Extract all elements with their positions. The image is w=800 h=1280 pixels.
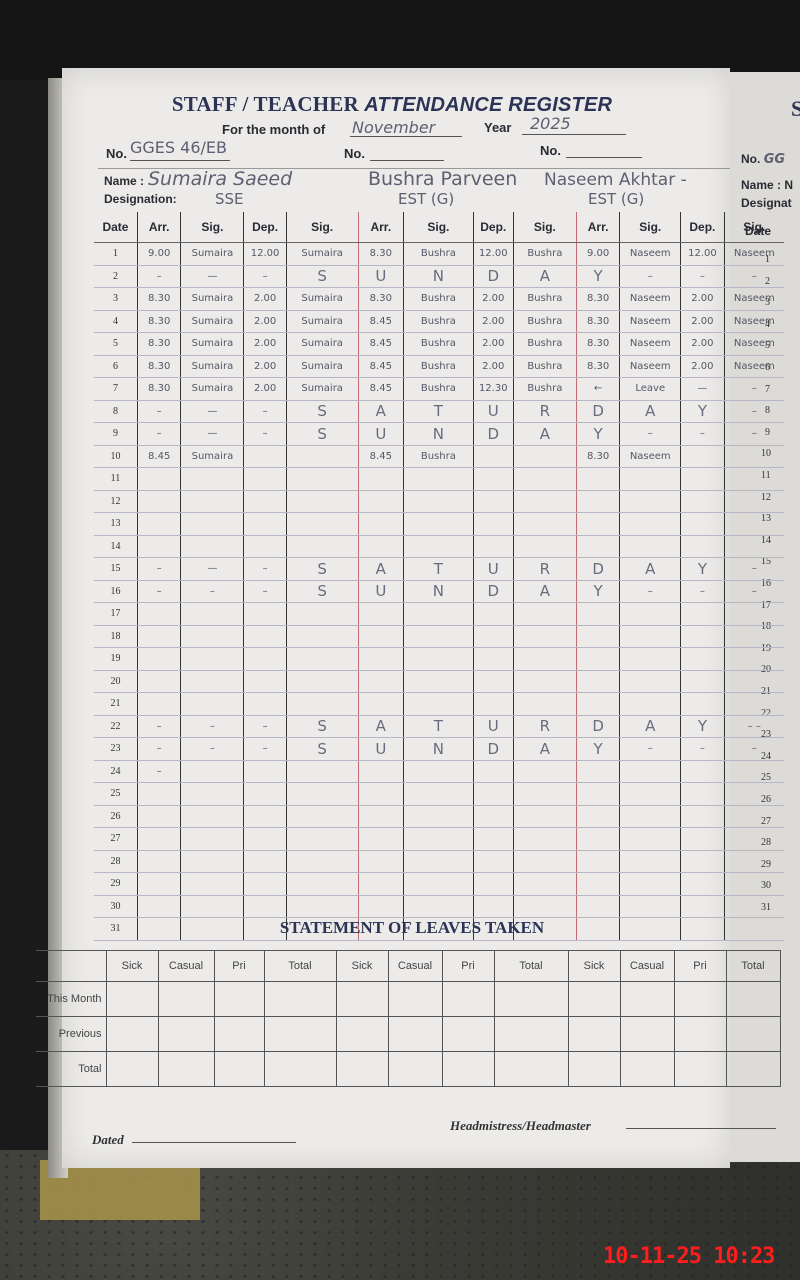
attendance-cell[interactable]: T: [404, 558, 474, 581]
attendance-cell[interactable]: [513, 693, 576, 716]
attendance-cell[interactable]: 8.30: [576, 355, 619, 378]
attendance-cell[interactable]: [358, 873, 404, 896]
attendance-cell[interactable]: 2.00: [681, 288, 724, 311]
attendance-cell[interactable]: [473, 625, 513, 648]
attendance-cell[interactable]: Sumaira: [286, 378, 358, 401]
attendance-cell[interactable]: [286, 670, 358, 693]
attendance-cell[interactable]: [286, 805, 358, 828]
attendance-cell[interactable]: Naseem: [724, 243, 784, 266]
attendance-cell[interactable]: [576, 828, 619, 851]
attendance-cell[interactable]: Naseem: [620, 310, 681, 333]
attendance-cell[interactable]: 8.30: [576, 310, 619, 333]
leaves-cell[interactable]: [214, 982, 264, 1017]
attendance-cell[interactable]: [724, 850, 784, 873]
attendance-cell[interactable]: [473, 535, 513, 558]
attendance-cell[interactable]: [244, 513, 286, 536]
attendance-cell[interactable]: [244, 895, 286, 918]
year-value[interactable]: 2025: [530, 114, 571, 133]
attendance-cell[interactable]: [513, 535, 576, 558]
attendance-cell[interactable]: 2.00: [473, 355, 513, 378]
attendance-cell[interactable]: [286, 603, 358, 626]
attendance-cell[interactable]: [473, 850, 513, 873]
attendance-cell[interactable]: [181, 535, 244, 558]
attendance-cell[interactable]: [576, 693, 619, 716]
attendance-cell[interactable]: T: [404, 715, 474, 738]
attendance-cell[interactable]: Bushra: [404, 333, 474, 356]
attendance-cell[interactable]: [404, 760, 474, 783]
attendance-cell[interactable]: [620, 490, 681, 513]
attendance-cell[interactable]: [244, 760, 286, 783]
attendance-cell[interactable]: 8.45: [358, 333, 404, 356]
attendance-cell[interactable]: [244, 490, 286, 513]
attendance-cell[interactable]: Bushra: [404, 310, 474, 333]
attendance-cell[interactable]: [244, 625, 286, 648]
leaves-cell[interactable]: [442, 1052, 494, 1087]
attendance-cell[interactable]: [620, 603, 681, 626]
attendance-cell[interactable]: [286, 468, 358, 491]
attendance-cell[interactable]: 12.00: [473, 243, 513, 266]
attendance-cell[interactable]: [473, 783, 513, 806]
attendance-cell[interactable]: D: [473, 580, 513, 603]
attendance-cell[interactable]: [681, 783, 724, 806]
attendance-cell[interactable]: [404, 805, 474, 828]
attendance-cell[interactable]: 2.00: [473, 333, 513, 356]
leaves-cell[interactable]: [620, 982, 674, 1017]
attendance-cell[interactable]: [358, 805, 404, 828]
attendance-cell[interactable]: [244, 805, 286, 828]
attendance-cell[interactable]: [137, 535, 180, 558]
attendance-cell[interactable]: Y: [576, 738, 619, 761]
attendance-cell[interactable]: S: [286, 400, 358, 423]
attendance-cell[interactable]: 8.45: [358, 445, 404, 468]
attendance-cell[interactable]: U: [358, 738, 404, 761]
attendance-cell[interactable]: [724, 895, 784, 918]
attendance-cell[interactable]: [513, 850, 576, 873]
attendance-cell[interactable]: [137, 468, 180, 491]
attendance-cell[interactable]: [358, 490, 404, 513]
attendance-cell[interactable]: 8.45: [358, 310, 404, 333]
attendance-cell[interactable]: R: [513, 558, 576, 581]
attendance-cell[interactable]: [181, 693, 244, 716]
attendance-cell[interactable]: [473, 805, 513, 828]
attendance-cell[interactable]: [681, 805, 724, 828]
attendance-cell[interactable]: [358, 468, 404, 491]
attendance-cell[interactable]: [404, 490, 474, 513]
attendance-cell[interactable]: [358, 693, 404, 716]
attendance-cell[interactable]: [576, 490, 619, 513]
attendance-cell[interactable]: [473, 603, 513, 626]
attendance-cell[interactable]: 8.30: [576, 445, 619, 468]
attendance-cell[interactable]: [286, 760, 358, 783]
attendance-cell[interactable]: [473, 895, 513, 918]
leaves-cell[interactable]: [674, 1017, 726, 1052]
attendance-cell[interactable]: [137, 805, 180, 828]
attendance-cell[interactable]: [576, 513, 619, 536]
attendance-cell[interactable]: – –: [724, 715, 784, 738]
attendance-cell[interactable]: [404, 828, 474, 851]
leaves-cell[interactable]: [568, 1052, 620, 1087]
attendance-cell[interactable]: –: [244, 423, 286, 446]
attendance-cell[interactable]: [244, 445, 286, 468]
attendance-cell[interactable]: –: [137, 265, 180, 288]
attendance-cell[interactable]: [473, 490, 513, 513]
attendance-cell[interactable]: [576, 535, 619, 558]
attendance-cell[interactable]: [137, 828, 180, 851]
attendance-cell[interactable]: [620, 468, 681, 491]
leaves-cell[interactable]: [494, 982, 568, 1017]
leaves-cell[interactable]: [214, 1052, 264, 1087]
attendance-cell[interactable]: U: [473, 400, 513, 423]
attendance-cell[interactable]: Naseem: [620, 288, 681, 311]
attendance-cell[interactable]: –: [620, 738, 681, 761]
attendance-cell[interactable]: [358, 625, 404, 648]
attendance-cell[interactable]: –: [137, 580, 180, 603]
attendance-cell[interactable]: —: [681, 378, 724, 401]
attendance-cell[interactable]: –: [724, 265, 784, 288]
attendance-cell[interactable]: Y: [681, 400, 724, 423]
attendance-cell[interactable]: Leave: [620, 378, 681, 401]
attendance-cell[interactable]: [576, 873, 619, 896]
attendance-cell[interactable]: –: [681, 738, 724, 761]
leaves-cell[interactable]: [106, 1017, 158, 1052]
attendance-cell[interactable]: [404, 895, 474, 918]
attendance-cell[interactable]: A: [620, 715, 681, 738]
attendance-cell[interactable]: D: [576, 558, 619, 581]
attendance-cell[interactable]: –: [724, 738, 784, 761]
attendance-cell[interactable]: U: [473, 558, 513, 581]
attendance-cell[interactable]: [724, 490, 784, 513]
attendance-cell[interactable]: 2.00: [681, 355, 724, 378]
attendance-cell[interactable]: [513, 468, 576, 491]
attendance-cell[interactable]: –: [681, 265, 724, 288]
leaves-cell[interactable]: [726, 1017, 780, 1052]
attendance-cell[interactable]: [620, 535, 681, 558]
attendance-cell[interactable]: S: [286, 265, 358, 288]
attendance-cell[interactable]: 8.45: [358, 355, 404, 378]
leaves-cell[interactable]: [388, 1017, 442, 1052]
attendance-cell[interactable]: [681, 873, 724, 896]
attendance-cell[interactable]: A: [620, 558, 681, 581]
attendance-cell[interactable]: [681, 648, 724, 671]
attendance-cell[interactable]: –: [724, 580, 784, 603]
attendance-cell[interactable]: [620, 760, 681, 783]
attendance-cell[interactable]: [513, 805, 576, 828]
attendance-cell[interactable]: U: [473, 715, 513, 738]
attendance-cell[interactable]: R: [513, 400, 576, 423]
attendance-cell[interactable]: D: [576, 715, 619, 738]
attendance-cell[interactable]: Naseem: [620, 333, 681, 356]
attendance-cell[interactable]: [513, 603, 576, 626]
leaves-cell[interactable]: [158, 982, 214, 1017]
attendance-cell[interactable]: [137, 513, 180, 536]
attendance-cell[interactable]: 2.00: [244, 378, 286, 401]
leaves-cell[interactable]: [388, 1052, 442, 1087]
attendance-cell[interactable]: D: [473, 423, 513, 446]
attendance-cell[interactable]: S: [286, 423, 358, 446]
attendance-cell[interactable]: [244, 873, 286, 896]
attendance-cell[interactable]: [404, 873, 474, 896]
attendance-cell[interactable]: 8.30: [137, 355, 180, 378]
attendance-cell[interactable]: Bushra: [404, 355, 474, 378]
attendance-cell[interactable]: [181, 760, 244, 783]
leaves-cell[interactable]: [264, 1052, 336, 1087]
attendance-cell[interactable]: –: [181, 580, 244, 603]
attendance-cell[interactable]: –: [244, 580, 286, 603]
attendance-cell[interactable]: [181, 670, 244, 693]
attendance-cell[interactable]: D: [576, 400, 619, 423]
attendance-cell[interactable]: [473, 648, 513, 671]
attendance-cell[interactable]: —: [181, 400, 244, 423]
attendance-cell[interactable]: [244, 535, 286, 558]
attendance-cell[interactable]: –: [681, 423, 724, 446]
staff-name-2[interactable]: Bushra Parveen: [368, 168, 517, 190]
attendance-cell[interactable]: [724, 513, 784, 536]
attendance-cell[interactable]: [473, 828, 513, 851]
attendance-cell[interactable]: A: [358, 558, 404, 581]
staff-name-3[interactable]: Naseem Akhtar -: [544, 170, 687, 190]
attendance-cell[interactable]: [473, 468, 513, 491]
attendance-cell[interactable]: 2.00: [473, 310, 513, 333]
attendance-cell[interactable]: [137, 783, 180, 806]
attendance-cell[interactable]: [473, 693, 513, 716]
attendance-cell[interactable]: [286, 828, 358, 851]
attendance-cell[interactable]: [404, 693, 474, 716]
attendance-cell[interactable]: [576, 670, 619, 693]
attendance-cell[interactable]: Sumaira: [181, 378, 244, 401]
attendance-cell[interactable]: [286, 873, 358, 896]
attendance-cell[interactable]: –: [181, 738, 244, 761]
attendance-cell[interactable]: [620, 873, 681, 896]
attendance-cell[interactable]: [404, 670, 474, 693]
attendance-cell[interactable]: [404, 513, 474, 536]
attendance-cell[interactable]: Y: [576, 265, 619, 288]
attendance-cell[interactable]: [137, 873, 180, 896]
attendance-cell[interactable]: [513, 445, 576, 468]
attendance-cell[interactable]: 8.30: [576, 288, 619, 311]
attendance-cell[interactable]: [473, 445, 513, 468]
attendance-cell[interactable]: –: [244, 738, 286, 761]
attendance-cell[interactable]: [681, 850, 724, 873]
attendance-cell[interactable]: Sumaira: [181, 243, 244, 266]
leaves-cell[interactable]: [674, 1052, 726, 1087]
leaves-cell[interactable]: [442, 982, 494, 1017]
leaves-cell[interactable]: [264, 982, 336, 1017]
attendance-cell[interactable]: [244, 670, 286, 693]
attendance-cell[interactable]: [358, 670, 404, 693]
attendance-cell[interactable]: –: [681, 580, 724, 603]
attendance-cell[interactable]: Sumaira: [286, 333, 358, 356]
leaves-cell[interactable]: [726, 1052, 780, 1087]
attendance-cell[interactable]: U: [358, 580, 404, 603]
attendance-cell[interactable]: [681, 445, 724, 468]
attendance-cell[interactable]: Naseem: [724, 310, 784, 333]
attendance-cell[interactable]: A: [513, 738, 576, 761]
attendance-cell[interactable]: [513, 828, 576, 851]
attendance-cell[interactable]: [137, 603, 180, 626]
attendance-cell[interactable]: [576, 805, 619, 828]
attendance-cell[interactable]: Naseem: [620, 445, 681, 468]
attendance-cell[interactable]: S: [286, 738, 358, 761]
attendance-cell[interactable]: —: [181, 558, 244, 581]
attendance-cell[interactable]: 12.30: [473, 378, 513, 401]
attendance-cell[interactable]: [681, 603, 724, 626]
attendance-cell[interactable]: [358, 850, 404, 873]
attendance-cell[interactable]: 2.00: [681, 333, 724, 356]
attendance-cell[interactable]: ←: [576, 378, 619, 401]
attendance-cell[interactable]: Y: [681, 558, 724, 581]
staff-designation-2[interactable]: EST (G): [398, 190, 454, 208]
leaves-cell[interactable]: [336, 982, 388, 1017]
attendance-cell[interactable]: [576, 603, 619, 626]
attendance-cell[interactable]: [358, 535, 404, 558]
staff-name-1[interactable]: Sumaira Saeed: [148, 168, 292, 190]
leaves-cell[interactable]: [494, 1052, 568, 1087]
attendance-cell[interactable]: [681, 625, 724, 648]
attendance-cell[interactable]: [181, 873, 244, 896]
attendance-cell[interactable]: [244, 850, 286, 873]
attendance-cell[interactable]: [181, 603, 244, 626]
attendance-cell[interactable]: Sumaira: [286, 310, 358, 333]
leaves-cell[interactable]: [214, 1017, 264, 1052]
attendance-cell[interactable]: Bushra: [513, 243, 576, 266]
attendance-cell[interactable]: R: [513, 715, 576, 738]
attendance-cell[interactable]: [681, 490, 724, 513]
attendance-cell[interactable]: N: [404, 580, 474, 603]
attendance-cell[interactable]: Bushra: [513, 355, 576, 378]
attendance-cell[interactable]: [137, 490, 180, 513]
attendance-cell[interactable]: [181, 850, 244, 873]
attendance-cell[interactable]: [724, 693, 784, 716]
leaves-cell[interactable]: [726, 982, 780, 1017]
attendance-cell[interactable]: [286, 445, 358, 468]
attendance-cell[interactable]: [681, 895, 724, 918]
attendance-cell[interactable]: –: [137, 400, 180, 423]
attendance-cell[interactable]: Sumaira: [181, 288, 244, 311]
month-value[interactable]: November: [352, 118, 435, 137]
attendance-cell[interactable]: [681, 760, 724, 783]
attendance-cell[interactable]: [404, 625, 474, 648]
attendance-cell[interactable]: [473, 513, 513, 536]
attendance-cell[interactable]: [286, 783, 358, 806]
attendance-cell[interactable]: 8.45: [358, 378, 404, 401]
attendance-cell[interactable]: Sumaira: [181, 355, 244, 378]
attendance-cell[interactable]: [620, 895, 681, 918]
attendance-cell[interactable]: –: [620, 580, 681, 603]
attendance-cell[interactable]: [286, 513, 358, 536]
attendance-cell[interactable]: [181, 895, 244, 918]
attendance-cell[interactable]: [724, 625, 784, 648]
attendance-cell[interactable]: [181, 805, 244, 828]
leaves-cell[interactable]: [158, 1017, 214, 1052]
staff-designation-3[interactable]: EST (G): [588, 190, 644, 208]
attendance-cell[interactable]: [513, 783, 576, 806]
attendance-cell[interactable]: D: [473, 738, 513, 761]
leaves-cell[interactable]: [106, 1052, 158, 1087]
attendance-cell[interactable]: Sumaira: [286, 243, 358, 266]
attendance-cell[interactable]: [181, 648, 244, 671]
attendance-cell[interactable]: [620, 805, 681, 828]
leaves-cell[interactable]: [158, 1052, 214, 1087]
attendance-cell[interactable]: Sumaira: [181, 445, 244, 468]
attendance-cell[interactable]: –: [620, 423, 681, 446]
attendance-cell[interactable]: Bushra: [513, 378, 576, 401]
attendance-cell[interactable]: [724, 445, 784, 468]
attendance-cell[interactable]: 8.45: [137, 445, 180, 468]
attendance-cell[interactable]: [404, 468, 474, 491]
attendance-cell[interactable]: [724, 783, 784, 806]
attendance-cell[interactable]: S: [286, 715, 358, 738]
attendance-cell[interactable]: [620, 670, 681, 693]
attendance-cell[interactable]: [620, 625, 681, 648]
attendance-cell[interactable]: N: [404, 738, 474, 761]
attendance-cell[interactable]: Sumaira: [181, 310, 244, 333]
attendance-cell[interactable]: 8.30: [358, 288, 404, 311]
attendance-cell[interactable]: [724, 648, 784, 671]
attendance-cell[interactable]: [137, 895, 180, 918]
attendance-cell[interactable]: [620, 648, 681, 671]
attendance-cell[interactable]: 8.30: [358, 243, 404, 266]
attendance-cell[interactable]: [513, 513, 576, 536]
attendance-cell[interactable]: Y: [576, 580, 619, 603]
attendance-cell[interactable]: –: [724, 423, 784, 446]
attendance-cell[interactable]: [137, 625, 180, 648]
attendance-cell[interactable]: –: [137, 715, 180, 738]
attendance-cell[interactable]: [181, 783, 244, 806]
attendance-cell[interactable]: Sumaira: [286, 288, 358, 311]
attendance-cell[interactable]: [576, 850, 619, 873]
attendance-cell[interactable]: [576, 783, 619, 806]
attendance-cell[interactable]: [724, 670, 784, 693]
attendance-cell[interactable]: 2.00: [473, 288, 513, 311]
attendance-cell[interactable]: [286, 625, 358, 648]
attendance-cell[interactable]: Naseem: [620, 355, 681, 378]
attendance-cell[interactable]: Bushra: [513, 310, 576, 333]
attendance-cell[interactable]: A: [358, 400, 404, 423]
attendance-cell[interactable]: –: [620, 265, 681, 288]
attendance-cell[interactable]: [404, 850, 474, 873]
attendance-cell[interactable]: [724, 873, 784, 896]
attendance-cell[interactable]: 2.00: [681, 310, 724, 333]
attendance-cell[interactable]: [244, 603, 286, 626]
attendance-cell[interactable]: [404, 648, 474, 671]
attendance-cell[interactable]: U: [358, 423, 404, 446]
attendance-cell[interactable]: 8.30: [137, 310, 180, 333]
attendance-cell[interactable]: [576, 760, 619, 783]
attendance-cell[interactable]: [358, 603, 404, 626]
attendance-cell[interactable]: [404, 535, 474, 558]
attendance-cell[interactable]: A: [620, 400, 681, 423]
leaves-cell[interactable]: [336, 1052, 388, 1087]
attendance-cell[interactable]: [358, 760, 404, 783]
attendance-cell[interactable]: U: [358, 265, 404, 288]
attendance-cell[interactable]: [404, 603, 474, 626]
attendance-cell[interactable]: 9.00: [576, 243, 619, 266]
attendance-cell[interactable]: –: [244, 715, 286, 738]
attendance-cell[interactable]: [358, 783, 404, 806]
attendance-cell[interactable]: [286, 693, 358, 716]
attendance-cell[interactable]: A: [513, 265, 576, 288]
attendance-cell[interactable]: [137, 648, 180, 671]
attendance-cell[interactable]: [681, 670, 724, 693]
attendance-cell[interactable]: 2.00: [244, 310, 286, 333]
attendance-cell[interactable]: [576, 625, 619, 648]
attendance-cell[interactable]: [286, 895, 358, 918]
attendance-cell[interactable]: –: [724, 558, 784, 581]
leaves-cell[interactable]: [336, 1017, 388, 1052]
attendance-cell[interactable]: –: [244, 400, 286, 423]
attendance-cell[interactable]: [513, 625, 576, 648]
attendance-cell[interactable]: 2.00: [244, 333, 286, 356]
